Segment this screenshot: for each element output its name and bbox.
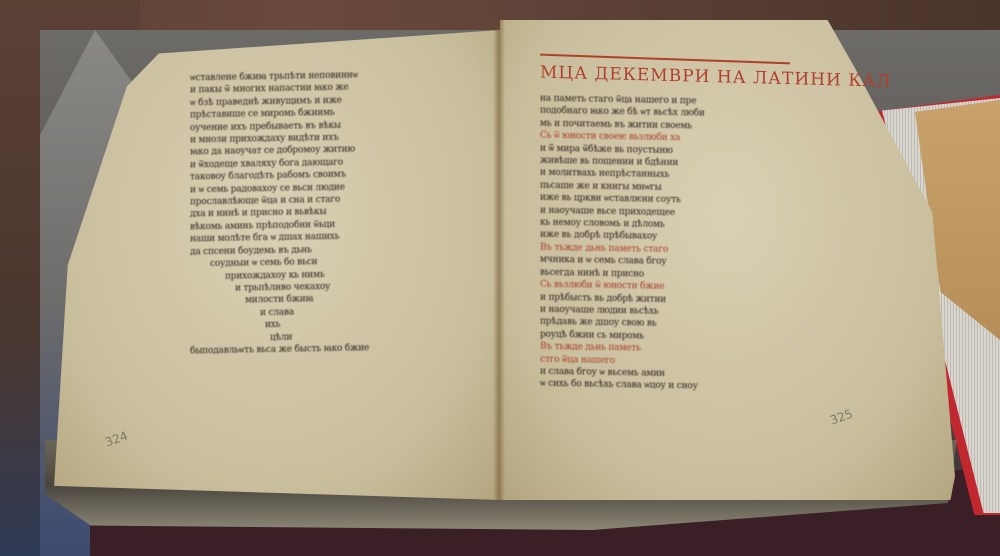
manuscript-gutter [493,20,505,500]
right-page-text: на паметь стаго ѿца нашего и пре подобна… [540,93,810,398]
photo-scene: ѡставлене бжиꙗ трьпѣти неповиннѡ и пакы … [0,0,1000,556]
left-page-text: ѡставлене бжиꙗ трьпѣти неповиннѡ и пакы … [190,68,455,403]
